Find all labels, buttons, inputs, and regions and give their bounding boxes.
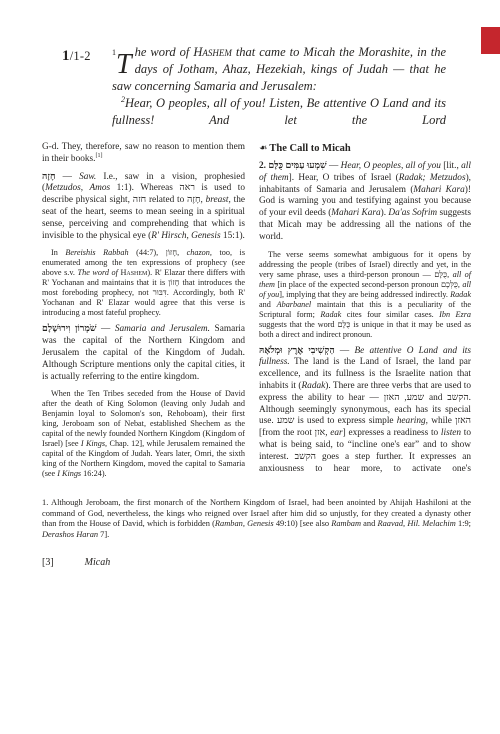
commentary-paragraph: When the Ten Tribes seceded from the Hou… [42, 389, 245, 479]
commentary-paragraph: In Bereishis Rabbah (44:7), חָזוֹן, chaz… [42, 248, 245, 318]
commentary-left-column: G-d. They, therefore, saw no reason to m… [42, 142, 245, 485]
commentary-paragraph: הַקְשִׁיבִי אֶרֶץ וּמְלֹאָהּ — Be attent… [259, 346, 471, 476]
commentary-paragraph: 2. שִׁמְעוּ עַמִּים כֻּלָּם — Hear, O pe… [259, 161, 471, 244]
verse-2-text: Hear, O peoples, all of you! Listen, Be … [112, 96, 446, 127]
commentary-paragraph: חָזָה — Saw. I.e., saw in a vision, prop… [42, 172, 245, 243]
verse-header: 1/1-2 1The word of Hashem that came to M… [42, 44, 471, 129]
book-page: 1/1-2 1The word of Hashem that came to M… [0, 0, 500, 734]
commentary-paragraph: G-d. They, therefore, saw no reason to m… [42, 142, 245, 166]
verse-1-text: he word of Hashem that came to Micah the… [112, 45, 446, 93]
verse-2: 2Hear, O peoples, all of you! Listen, Be… [112, 95, 446, 129]
section-heading-label: The Call to Micah [269, 143, 350, 154]
footnote: 1. Although Jeroboam, the first monarch … [42, 498, 471, 540]
thumb-tab [481, 27, 500, 54]
chapter-verse-reference: 1/1-2 [62, 44, 112, 129]
section-ornament-icon: ❧ [259, 143, 267, 154]
verse-1-dropcap: T [116, 49, 132, 80]
page-footer: [3]Micah [42, 557, 471, 568]
commentary-columns: G-d. They, therefore, saw no reason to m… [42, 142, 471, 485]
call-to-micah-heading: ❧The Call to Micah [259, 143, 471, 154]
commentary-paragraph: שֹׁמְרוֹן וִירוּשָׁלָם — Samaria and Jer… [42, 324, 245, 383]
verse-text-block: 1The word of Hashem that came to Micah t… [112, 44, 446, 129]
book-title: Micah [85, 557, 111, 568]
commentary-paragraph: The verse seems somewhat ambiguous for i… [259, 250, 471, 340]
commentary-right-column: ❧The Call to Micah 2. שִׁמְעוּ עַמִּים כ… [259, 142, 471, 485]
page-number: [3] [42, 557, 54, 568]
verse-1: 1The word of Hashem that came to Micah t… [112, 44, 446, 95]
verse-1-initial: 1T [112, 44, 135, 76]
